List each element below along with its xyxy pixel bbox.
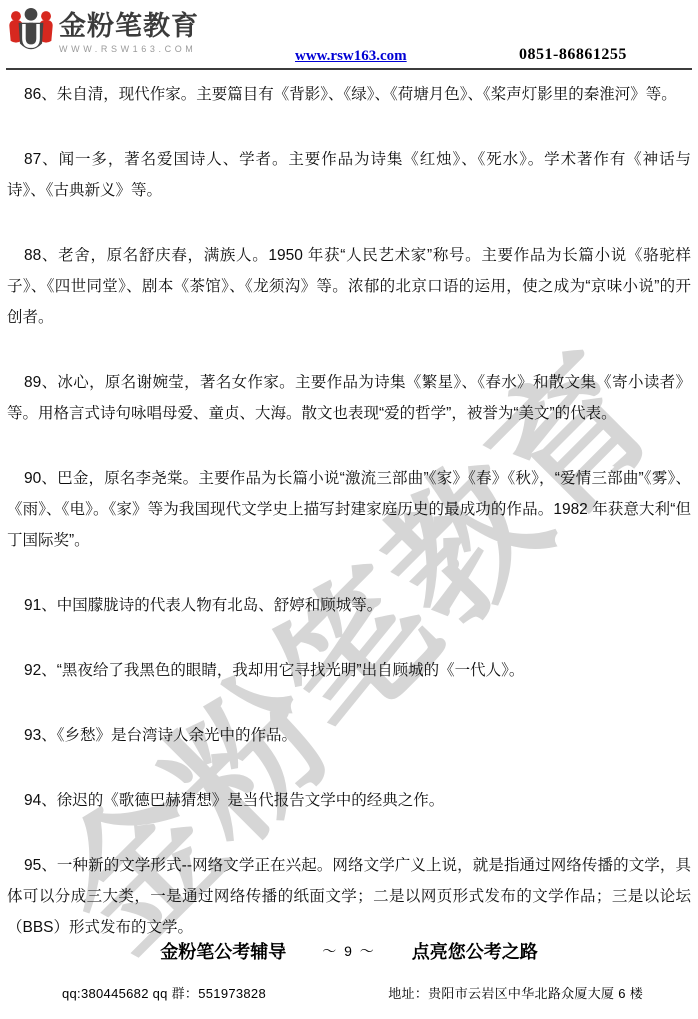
brand-logo-icon: [8, 5, 54, 59]
content-area: 86、朱自清，现代作家。主要篇目有《背影》、《绿》、《荷塘月色》、《桨声灯影里的…: [0, 79, 698, 977]
list-item-93: 93、《乡愁》是台湾诗人余光中的作品。: [7, 720, 691, 751]
footer-brand: 金粉笔公考辅导: [160, 938, 286, 964]
list-item-94: 94、徐迟的《歌德巴赫猜想》是当代报告文学中的经典之作。: [7, 785, 691, 816]
footer: 金粉笔公考辅导 ～ 9 ～ 点亮您公考之路: [0, 938, 698, 964]
list-item-91: 91、中国朦胧诗的代表人物有北岛、舒婷和顾城等。: [7, 590, 691, 621]
brand-logo: 金粉笔教育 WWW.RSW163.COM: [8, 5, 199, 59]
header: 金粉笔教育 WWW.RSW163.COM www.rsw163.com 0851…: [0, 0, 698, 70]
footer-slogan: 点亮您公考之路: [412, 938, 538, 964]
list-item-87: 87、闻一多，著名爱国诗人、学者。主要作品为诗集《红烛》、《死水》。学术著作有《…: [7, 144, 691, 206]
list-item-88: 88、老舍，原名舒庆春，满族人。1950 年获“人民艺术家”称号。主要作品为长篇…: [7, 240, 691, 333]
brand-name: 金粉笔教育: [59, 11, 199, 41]
header-divider: [6, 68, 692, 70]
address-info: 地址：贵阳市云岩区中华北路众厦大厦 6 楼: [388, 983, 643, 1002]
list-item-90: 90、巴金，原名李尧棠。主要作品为长篇小说“激流三部曲”《家》《春》《秋》，“爱…: [7, 463, 691, 556]
brand-site-caption: WWW.RSW163.COM: [59, 44, 199, 54]
page-number: ～ 9 ～: [322, 941, 376, 961]
contact-row: qq:380445682 qq 群：551973828 地址：贵阳市云岩区中华北…: [0, 983, 698, 1002]
list-item-86: 86、朱自清，现代作家。主要篇目有《背影》、《绿》、《荷塘月色》、《桨声灯影里的…: [7, 79, 691, 110]
list-item-92: 92、“黑夜给了我黑色的眼睛，我却用它寻找光明”出自顾城的《一代人》。: [7, 655, 691, 686]
document-page: 金粉笔教育 WWW.RSW163.COM www.rsw163.com 0851…: [0, 0, 698, 1019]
qq-info: qq:380445682 qq 群：551973828: [62, 983, 266, 1002]
website-link[interactable]: www.rsw163.com: [295, 48, 407, 65]
phone-number: 0851-86861255: [519, 46, 627, 64]
brand-text: 金粉笔教育 WWW.RSW163.COM: [59, 11, 199, 54]
list-item-89: 89、冰心，原名谢婉莹，著名女作家。主要作品为诗集《繁星》、《春水》和散文集《寄…: [7, 367, 691, 429]
list-item-95: 95、一种新的文学形式--网络文学正在兴起。网络文学广义上说，就是指通过网络传播…: [7, 850, 691, 943]
